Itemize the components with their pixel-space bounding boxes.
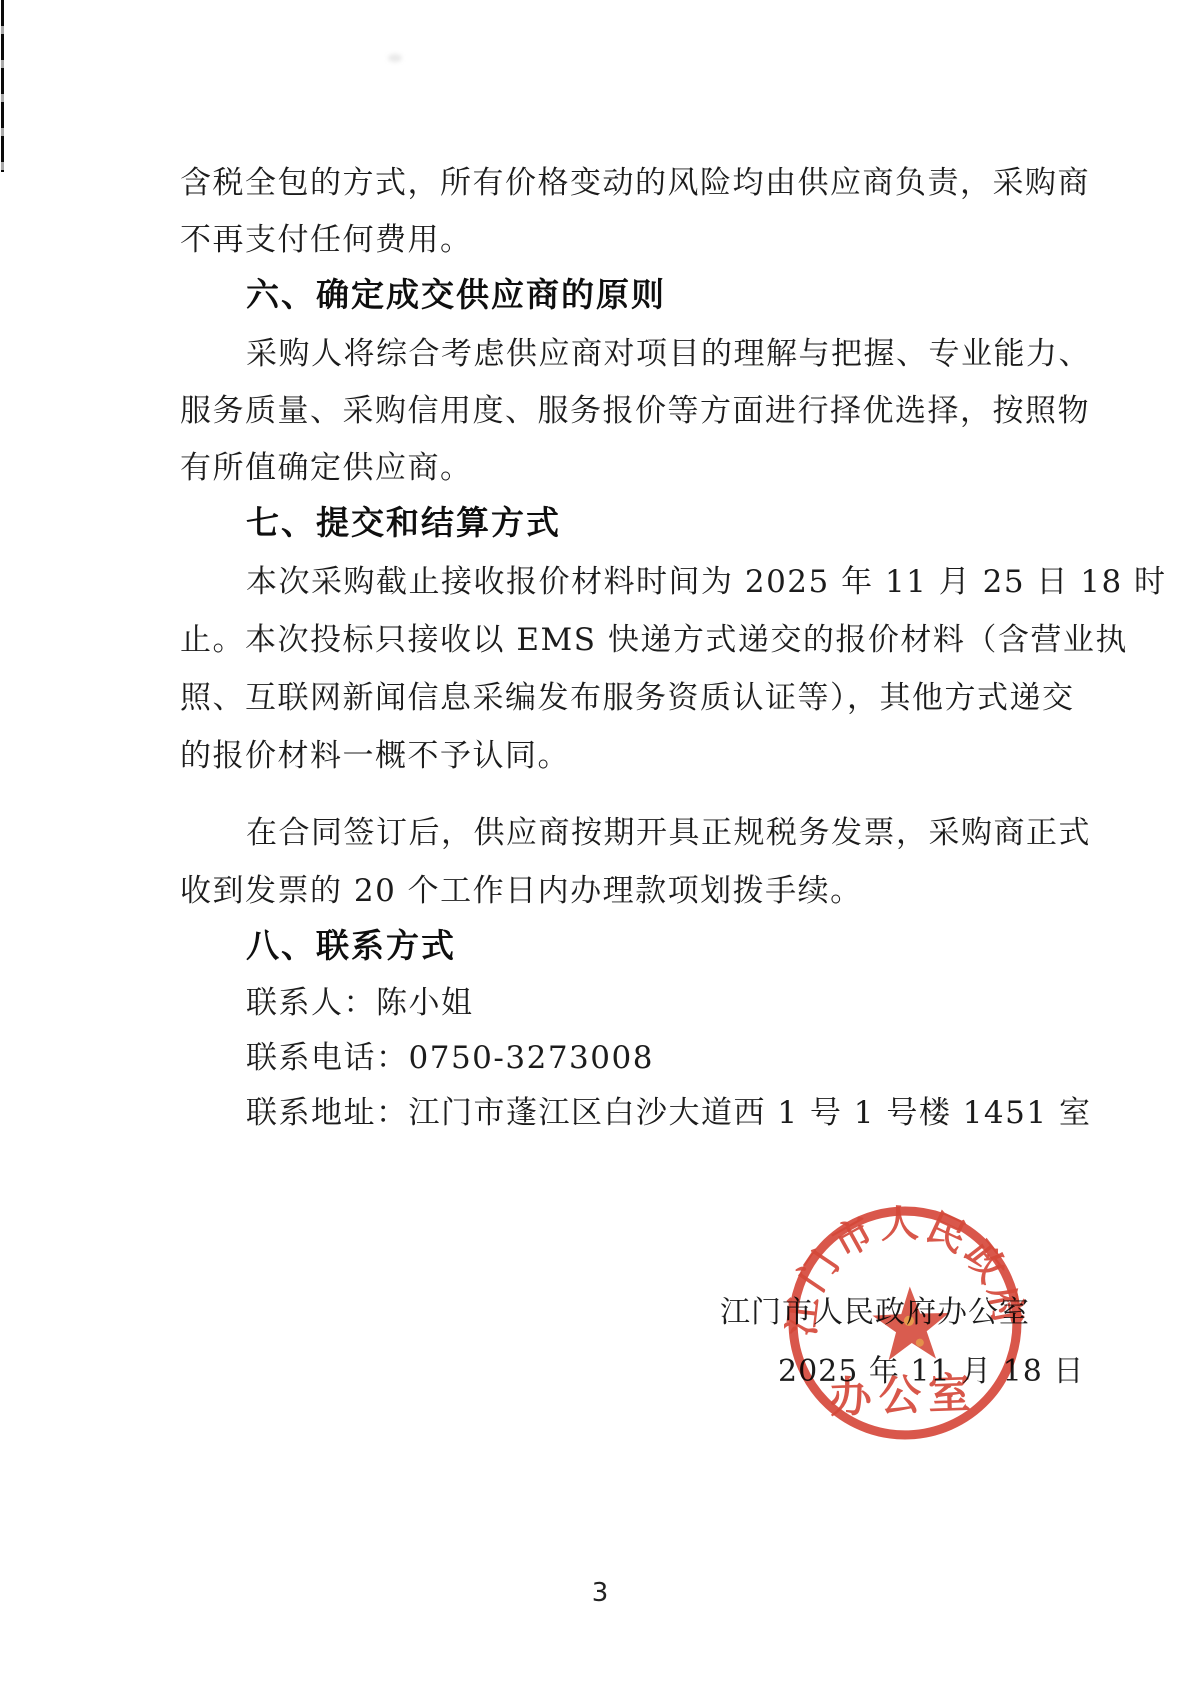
body-line: 收到发票的 20 个工作日内办理款项划拨手续。 — [180, 873, 863, 909]
section-heading-6: 六、确定成交供应商的原则 — [246, 277, 666, 313]
contact-phone-line: 联系电话：0750-3273008 — [246, 1040, 654, 1076]
contact-person-line: 联系人：陈小姐 — [246, 985, 474, 1021]
contact-address-line: 联系地址：江门市蓬江区白沙大道西 1 号 1 号楼 1451 室 — [246, 1095, 1091, 1131]
body-line: 有所值确定供应商。 — [180, 450, 473, 486]
seal-bottom-text: 办公室 — [829, 1368, 979, 1422]
body-line: 照、互联网新闻信息采编发布服务资质认证等），其他方式递交 — [180, 680, 1075, 716]
body-line: 在合同签订后，供应商按期开具正规税务发票，采购商正式 — [246, 815, 1091, 851]
section-heading-7: 七、提交和结算方式 — [246, 505, 561, 541]
scan-smudge-artifact — [388, 54, 402, 62]
scan-edge-artifact — [1, 0, 4, 172]
body-line: 采购人将综合考虑供应商对项目的理解与把握、专业能力、 — [246, 336, 1091, 372]
body-line: 服务质量、采购信用度、服务报价等方面进行择优选择，按照物 — [180, 393, 1090, 429]
document-page: 含税全包的方式，所有价格变动的风险均由供应商负责，采购商 不再支付任何费用。 六… — [0, 0, 1200, 1697]
body-line: 的报价材料一概不予认同。 — [180, 738, 570, 774]
body-line: 含税全包的方式，所有价格变动的风险均由供应商负责，采购商 — [180, 165, 1090, 201]
official-seal-stamp: 江门市人民政府 办公室 — [780, 1198, 1030, 1448]
body-line: 不再支付任何费用。 — [180, 222, 473, 258]
body-line: 止。本次投标只接收以 EMS 快递方式递交的报价材料（含营业执 — [180, 622, 1128, 658]
page-number: 3 — [0, 1578, 1200, 1608]
body-line: 本次采购截止接收报价材料时间为 2025 年 11 月 25 日 18 时 — [246, 564, 1167, 600]
section-heading-8: 八、联系方式 — [246, 928, 456, 964]
